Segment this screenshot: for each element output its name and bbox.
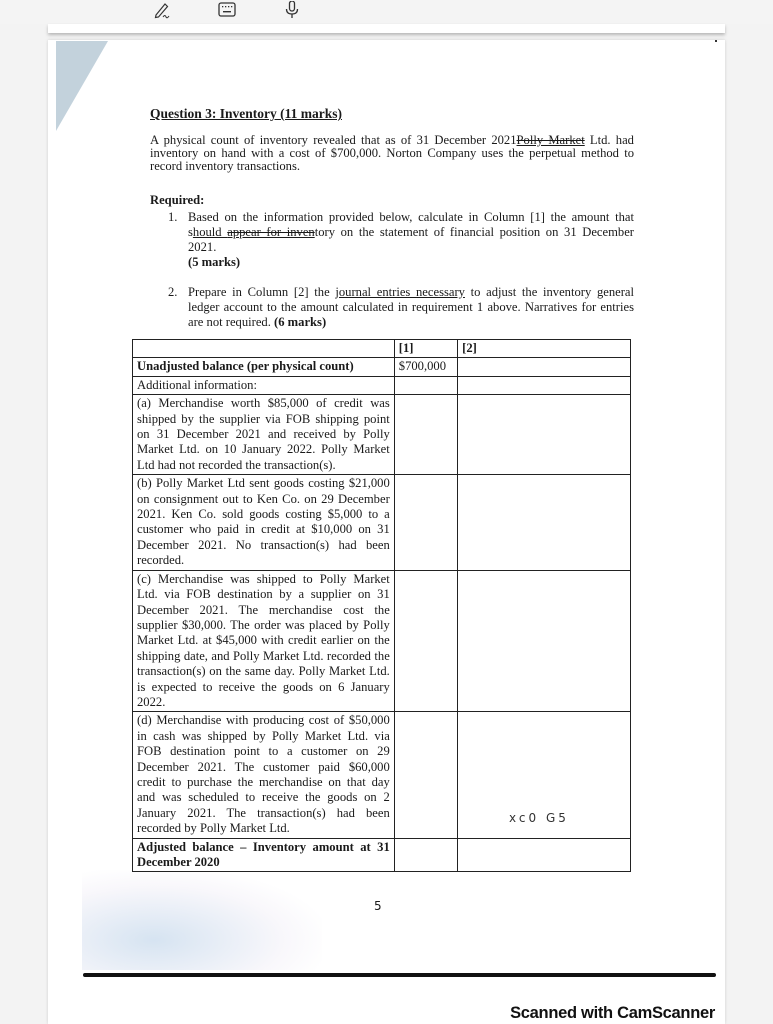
table-row: (c) Merchandise was shipped to Polly Mar… (133, 570, 631, 712)
column-1-cell: $700,000 (394, 358, 457, 376)
column-2-cell (458, 838, 631, 872)
page-number: 5 (374, 899, 382, 913)
column-2-cell (458, 376, 631, 394)
column-2-cell (458, 570, 631, 712)
intro-text: A physical count of inventory revealed t… (150, 133, 517, 147)
requirement-text: Prepare in Column [2] the journal entrie… (188, 285, 634, 330)
header-cell (133, 340, 395, 358)
table-row: (b) Polly Market Ltd sent goods costing … (133, 475, 631, 570)
header-cell-col2: [2] (458, 340, 631, 358)
previous-page-edge (48, 24, 725, 33)
table-row: (a) Merchandise worth $85,000 of credit … (133, 395, 631, 475)
requirement-2: 2. Prepare in Column [2] the journal ent… (168, 285, 634, 330)
row-label-cell: (a) Merchandise worth $85,000 of credit … (133, 395, 395, 475)
keyboard-icon[interactable] (216, 0, 238, 20)
scan-smudge (82, 870, 322, 970)
row-label-cell: Unadjusted balance (per physical count) (133, 358, 395, 376)
row-label-cell: Additional information: (133, 376, 395, 394)
column-1-cell (394, 838, 457, 872)
row-label-cell: (b) Polly Market Ltd sent goods costing … (133, 475, 395, 570)
req-underlined: hould (193, 225, 227, 239)
column-2-cell (458, 358, 631, 376)
requirement-1: 1. Based on the information provided bel… (168, 210, 634, 270)
intro-struck-text: Polly Market (517, 133, 585, 147)
scan-bottom-edge (83, 973, 716, 977)
req-marks: (6 marks) (274, 315, 326, 329)
req-struck: appear for inven (227, 225, 314, 239)
requirement-number: 2. (168, 285, 188, 330)
scan-corner-artifact (56, 41, 108, 131)
column-1-cell (394, 376, 457, 394)
inventory-table: [1] [2] Unadjusted balance (per physical… (132, 339, 631, 872)
question-content: Question 3: Inventory (11 marks) A physi… (150, 106, 634, 330)
microphone-icon[interactable] (282, 0, 302, 20)
column-1-cell (394, 475, 457, 570)
annotation-toolbar (0, 0, 773, 24)
column-2-cell (458, 395, 631, 475)
question-title: Question 3: Inventory (11 marks) (150, 106, 634, 122)
question-intro: A physical count of inventory revealed t… (150, 134, 634, 173)
requirement-text: Based on the information provided below,… (188, 210, 634, 270)
required-heading: Required: (150, 193, 634, 208)
row-label-cell: Adjusted balance – Inventory amount at 3… (133, 838, 395, 872)
req-marks: (5 marks) (188, 255, 240, 269)
req-underlined: journal entries necessary (335, 285, 465, 299)
table-row: Adjusted balance – Inventory amount at 3… (133, 838, 631, 872)
requirement-number: 1. (168, 210, 188, 270)
row-label-cell: (d) Merchandise with producing cost of $… (133, 712, 395, 838)
scan-speck (715, 40, 717, 42)
column-2-cell (458, 475, 631, 570)
column-1-cell (394, 570, 457, 712)
table-row: Additional information: (133, 376, 631, 394)
row-label-cell: (c) Merchandise was shipped to Polly Mar… (133, 570, 395, 712)
pen-draw-icon[interactable] (152, 0, 172, 20)
handwritten-note: xc0 G5 (509, 811, 569, 825)
req-text-a: Prepare in Column [2] the (188, 285, 335, 299)
column-1-cell (394, 395, 457, 475)
table-header-row: [1] [2] (133, 340, 631, 358)
camscanner-watermark: Scanned with CamScanner (510, 1004, 715, 1023)
document-page: Question 3: Inventory (11 marks) A physi… (48, 40, 725, 1024)
table-row: Unadjusted balance (per physical count)$… (133, 358, 631, 376)
header-cell-col1: [1] (394, 340, 457, 358)
column-1-cell (394, 712, 457, 838)
